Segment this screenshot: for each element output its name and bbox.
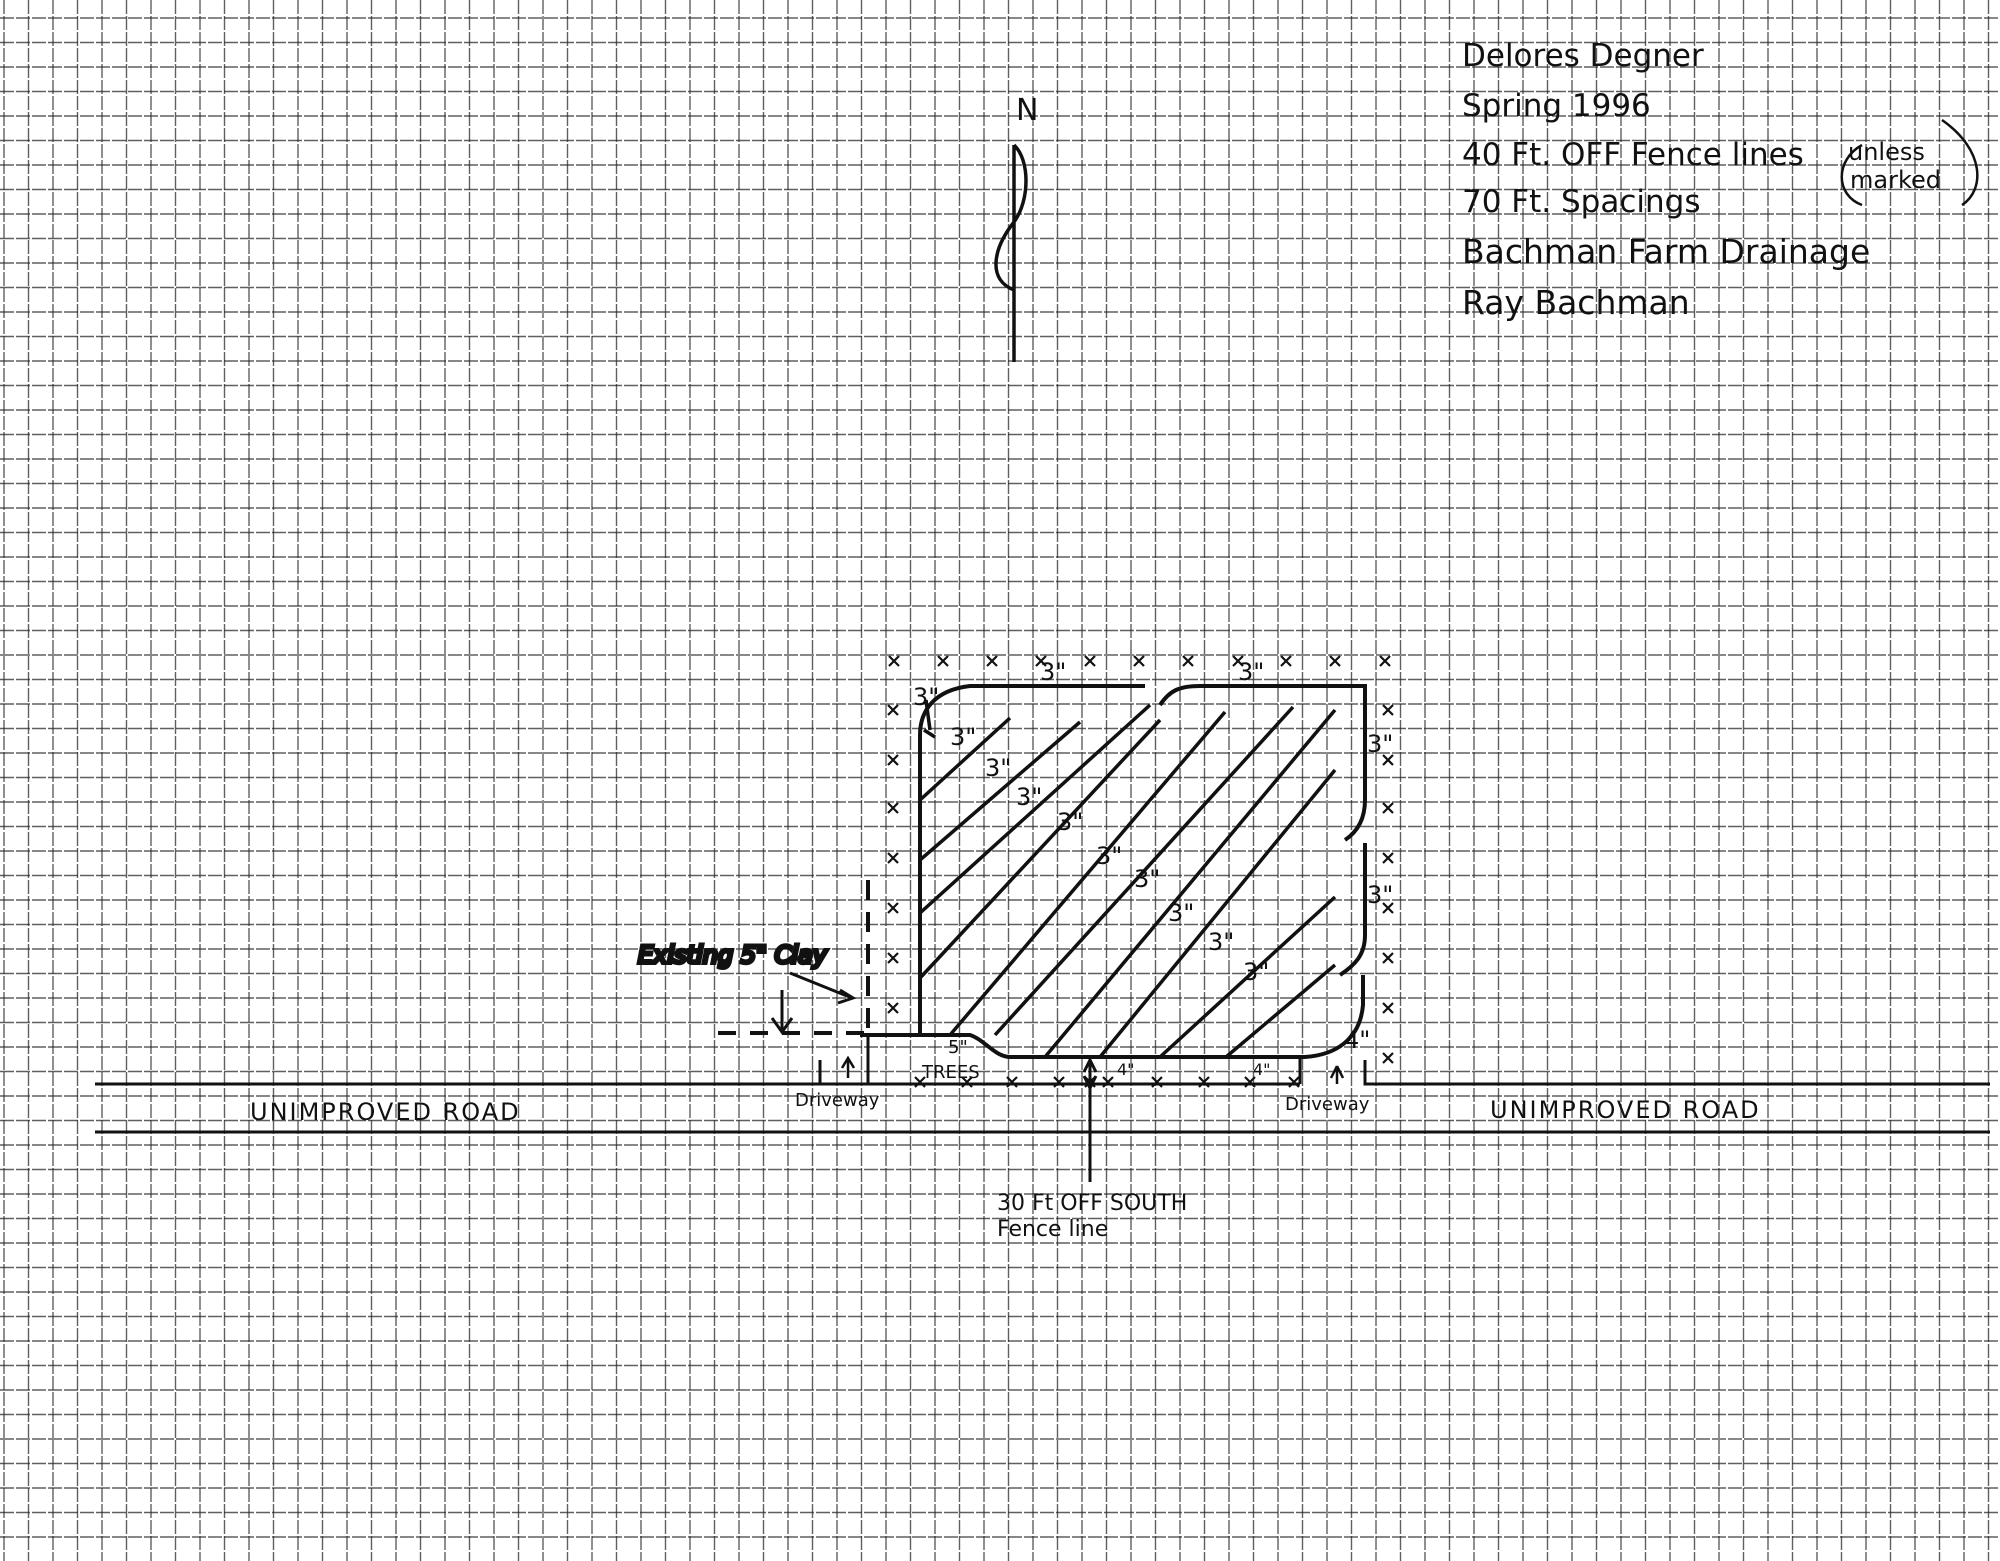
- size-label-top-right: 3": [1238, 658, 1264, 686]
- driveway-label-left: Driveway: [795, 1090, 880, 1111]
- lateral-size-labels: 3"3"3"3"3"3"3"3"3": [950, 723, 1269, 986]
- lateral-size-label: 3": [1016, 783, 1042, 811]
- size-label-bottom-mid: 4": [1117, 1060, 1135, 1079]
- lateral-size-label: 3": [1134, 865, 1160, 893]
- north-label: N: [1016, 93, 1038, 128]
- title-line-contractor: Ray Bachman: [1462, 283, 1690, 322]
- lateral-size-label: 3": [1096, 842, 1122, 870]
- south-offset-line2: Fence line: [997, 1217, 1108, 1242]
- south-offset-line1: 30 Ft OFF SOUTH: [997, 1191, 1187, 1216]
- lateral-size-label: 3": [950, 723, 976, 751]
- lateral-size-label: 3": [1243, 958, 1269, 986]
- size-label-right-upper: 3": [1367, 730, 1393, 758]
- title-line-spacing: 70 Ft. Spacings: [1462, 184, 1700, 220]
- title-line-date: Spring 1996: [1462, 88, 1651, 124]
- lateral-size-label: 3": [1168, 899, 1194, 927]
- road-label-left: UNIMPROVED ROAD: [250, 1098, 521, 1126]
- title-line-offset: 40 Ft. OFF Fence lines: [1462, 137, 1804, 173]
- road-label-right: UNIMPROVED ROAD: [1490, 1096, 1761, 1124]
- title-note-unless: unless: [1848, 138, 1925, 166]
- south-offset-callout: 30 Ft OFF SOUTH Fence line: [997, 1060, 1187, 1242]
- size-label-right-lower: 3": [1367, 881, 1393, 909]
- size-label-bottom-right: 4": [1253, 1060, 1271, 1079]
- title-note-marked: marked: [1850, 166, 1941, 194]
- title-line-owner: Delores Degner: [1462, 38, 1704, 74]
- north-arrow: N: [996, 93, 1038, 362]
- size-label-bottom-right-corner: 4": [1344, 1026, 1370, 1054]
- size-label-top-left-corner: 3": [913, 683, 939, 711]
- lateral-size-label: 3": [1208, 928, 1234, 956]
- trees-label: TREES: [921, 1062, 980, 1083]
- north-arrow-icon: [996, 145, 1026, 362]
- existing-clay-tile: Existing 5" Clay: [638, 880, 868, 1035]
- lateral-size-label: 3": [1057, 808, 1083, 836]
- roads: UNIMPROVED ROAD UNIMPROVED ROAD: [95, 1084, 1990, 1132]
- drainage-map: N Delores Degner Spring 1996 40 Ft. OFF …: [0, 0, 2000, 1561]
- size-label-top-mid: 3": [1040, 658, 1066, 686]
- lateral-size-label: 3": [985, 754, 1011, 782]
- title-line-project: Bachman Farm Drainage: [1462, 232, 1870, 271]
- driveway-label-right: Driveway: [1285, 1094, 1370, 1115]
- existing-tile-label: Existing 5" Clay: [638, 941, 828, 969]
- field-mains: [820, 686, 1380, 1084]
- trees-size-label: 5": [948, 1037, 968, 1058]
